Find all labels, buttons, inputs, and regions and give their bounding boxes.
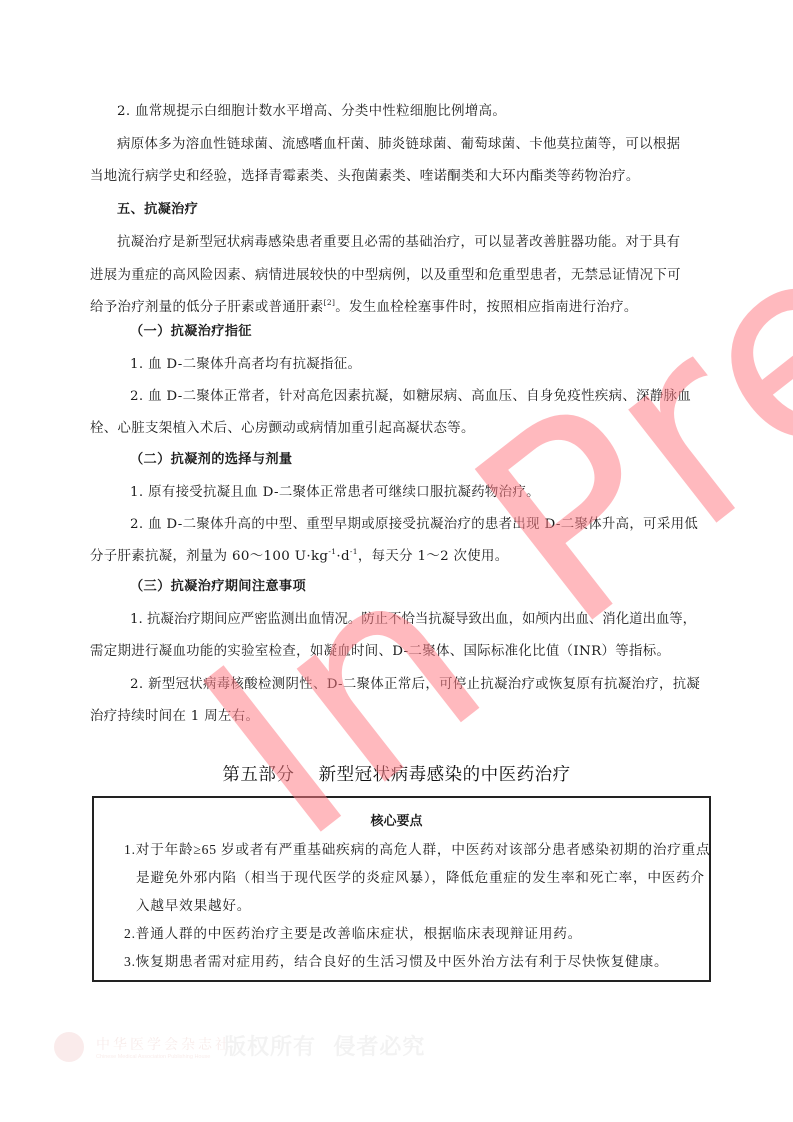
indications-item1: 1. 血 D-二聚体升高者均有抗凝指征。 — [130, 353, 361, 372]
paragraph-blood-routine: 2. 血常规提示白细胞计数水平增高、分类中性粒细胞比例增高。 — [117, 100, 506, 119]
copyright-notice: 版权所有 侵者必究 — [224, 1030, 425, 1061]
precautions-item2-line2: 治疗持续时间在 1 周左右。 — [90, 705, 259, 724]
key-point-1-line1: 1.对于年龄≥65 岁或者有严重基础疾病的高危人群，中医药对该部分患者感染初期的… — [124, 838, 710, 858]
paragraph-pathogen-line1: 病原体多为溶血性链球菌、流感嗜血杆菌、肺炎链球菌、葡萄球菌、卡他莫拉菌等，可以根… — [117, 133, 680, 152]
document-page: 2. 血常规提示白细胞计数水平增高、分类中性粒细胞比例增高。 病原体多为溶血性链… — [0, 0, 793, 1122]
publisher-logo-icon — [54, 1032, 84, 1062]
dose-text-b: ·d — [336, 549, 350, 564]
paragraph-pathogen-line2: 当地流行病学史和经验，选择青霉素类、头孢菌素类、喹诺酮类和大环内酯类等药物治疗。 — [90, 165, 640, 184]
subheading-agent-selection: （二）抗凝剂的选择与剂量 — [130, 448, 292, 467]
key-point-2: 2.普通人群的中医药治疗主要是改善临床症状，根据临床表现辩证用药。 — [124, 922, 582, 942]
precautions-item2-line1: 2. 新型冠状病毒核酸检测阴性、D-二聚体正常后，可停止抗凝治疗或恢复原有抗凝治… — [130, 673, 700, 692]
indications-item2-line2: 栓、心脏支架植入术后、心房颤动或病情加重引起高凝状态等。 — [90, 417, 475, 436]
agent-item2-line1: 2. 血 D-二聚体升高的中型、重型早期或原接受抗凝治疗的患者出现 D-二聚体升… — [130, 513, 698, 532]
publisher-footer-watermark: 中华医学会杂志社 Chinese Medical Association Pub… — [54, 1030, 384, 1070]
key-point-1-line2: 是避免外邪内陷（相当于现代医学的炎症风暴），降低危重症的发生率和死亡率，中医药介 — [136, 866, 705, 886]
key-point-3: 3.恢复期患者需对症用药，结合良好的生活习惯及中医外治方法有利于尽快恢复健康。 — [124, 950, 668, 970]
publisher-name-cn: 中华医学会杂志社 — [96, 1034, 232, 1054]
paragraph-anticoag-intro-line3: 给予治疗剂量的低分子肝素或普通肝素[2]。发生血栓栓塞事件时，按照相应指南进行治… — [90, 296, 638, 315]
precautions-item1-line1: 1. 抗凝治疗期间应严密监测出血情况。防止不恰当抗凝导致出血，如颅内出血、消化道… — [130, 608, 696, 627]
dose-text-a: 分子肝素抗凝，剂量为 60～100 U·kg — [90, 549, 328, 564]
key-point-1-line3: 入越早效果越好。 — [136, 894, 251, 914]
paragraph-anticoag-intro-line2: 进展为重症的高风险因素、病情进展较快的中型病例，以及重型和危重型患者，无禁忌证情… — [90, 264, 681, 283]
section-heading-anticoagulation: 五、抗凝治疗 — [117, 198, 198, 217]
precautions-item1-line2: 需定期进行凝血功能的实验室检查，如凝血时间、D-二聚体、国际标准化比值（INR）… — [90, 640, 670, 659]
citation-ref-2[interactable]: [2] — [324, 298, 336, 307]
intro-text-part-b: 。发生血栓栓塞事件时，按照相应指南进行治疗。 — [335, 300, 637, 315]
key-points-title: 核心要点 — [0, 810, 793, 829]
subheading-indications: （一）抗凝治疗指征 — [130, 320, 252, 339]
paragraph-anticoag-intro-line1: 抗凝治疗是新型冠状病毒感染患者重要且必需的基础治疗，可以显著改善脏器功能。对于具… — [117, 231, 680, 250]
publisher-name-en: Chinese Medical Association Publishing H… — [96, 1054, 210, 1060]
subheading-precautions: （三）抗凝治疗期间注意事项 — [130, 575, 306, 594]
superscript-d: -1 — [350, 547, 358, 556]
indications-item2-line1: 2. 血 D-二聚体正常者，针对高危因素抗凝，如糖尿病、高血压、自身免疫性疾病、… — [130, 385, 691, 404]
agent-item2-line2: 分子肝素抗凝，剂量为 60～100 U·kg-1·d-1，每天分 1～2 次使用… — [90, 545, 509, 564]
dose-text-c: ，每天分 1～2 次使用。 — [358, 549, 509, 564]
part5-title: 第五部分 新型冠状病毒感染的中医药治疗 — [0, 761, 793, 786]
intro-text-part-a: 给予治疗剂量的低分子肝素或普通肝素 — [90, 300, 324, 315]
agent-item1: 1. 原有接受抗凝且血 D-二聚体正常患者可继续口服抗凝药物治疗。 — [130, 481, 540, 500]
